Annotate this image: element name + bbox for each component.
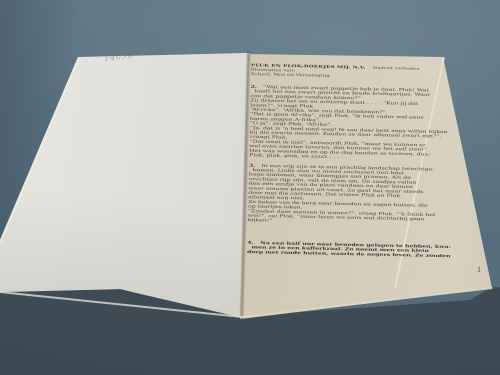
copyright-note: Nadruk verboden xyxy=(373,66,420,72)
photo-of-open-book: 14092 PLUK EN PLOK-BOEKJES MIJ. N.V. Nad… xyxy=(0,0,500,375)
page-text-block: PLUK EN PLOK-BOEKJES MIJ. N.V. Nadruk ve… xyxy=(251,63,491,283)
paragraph-3: 3. In een wip zijn ze in een prachtig la… xyxy=(248,163,463,227)
paragraph-2: 2. “Wat een mooi zwart poppetje heb je d… xyxy=(249,85,464,162)
paragraph-4: 4. Na een half uur naar beneden gelopen … xyxy=(247,240,461,258)
page-number: 1 xyxy=(477,266,482,274)
